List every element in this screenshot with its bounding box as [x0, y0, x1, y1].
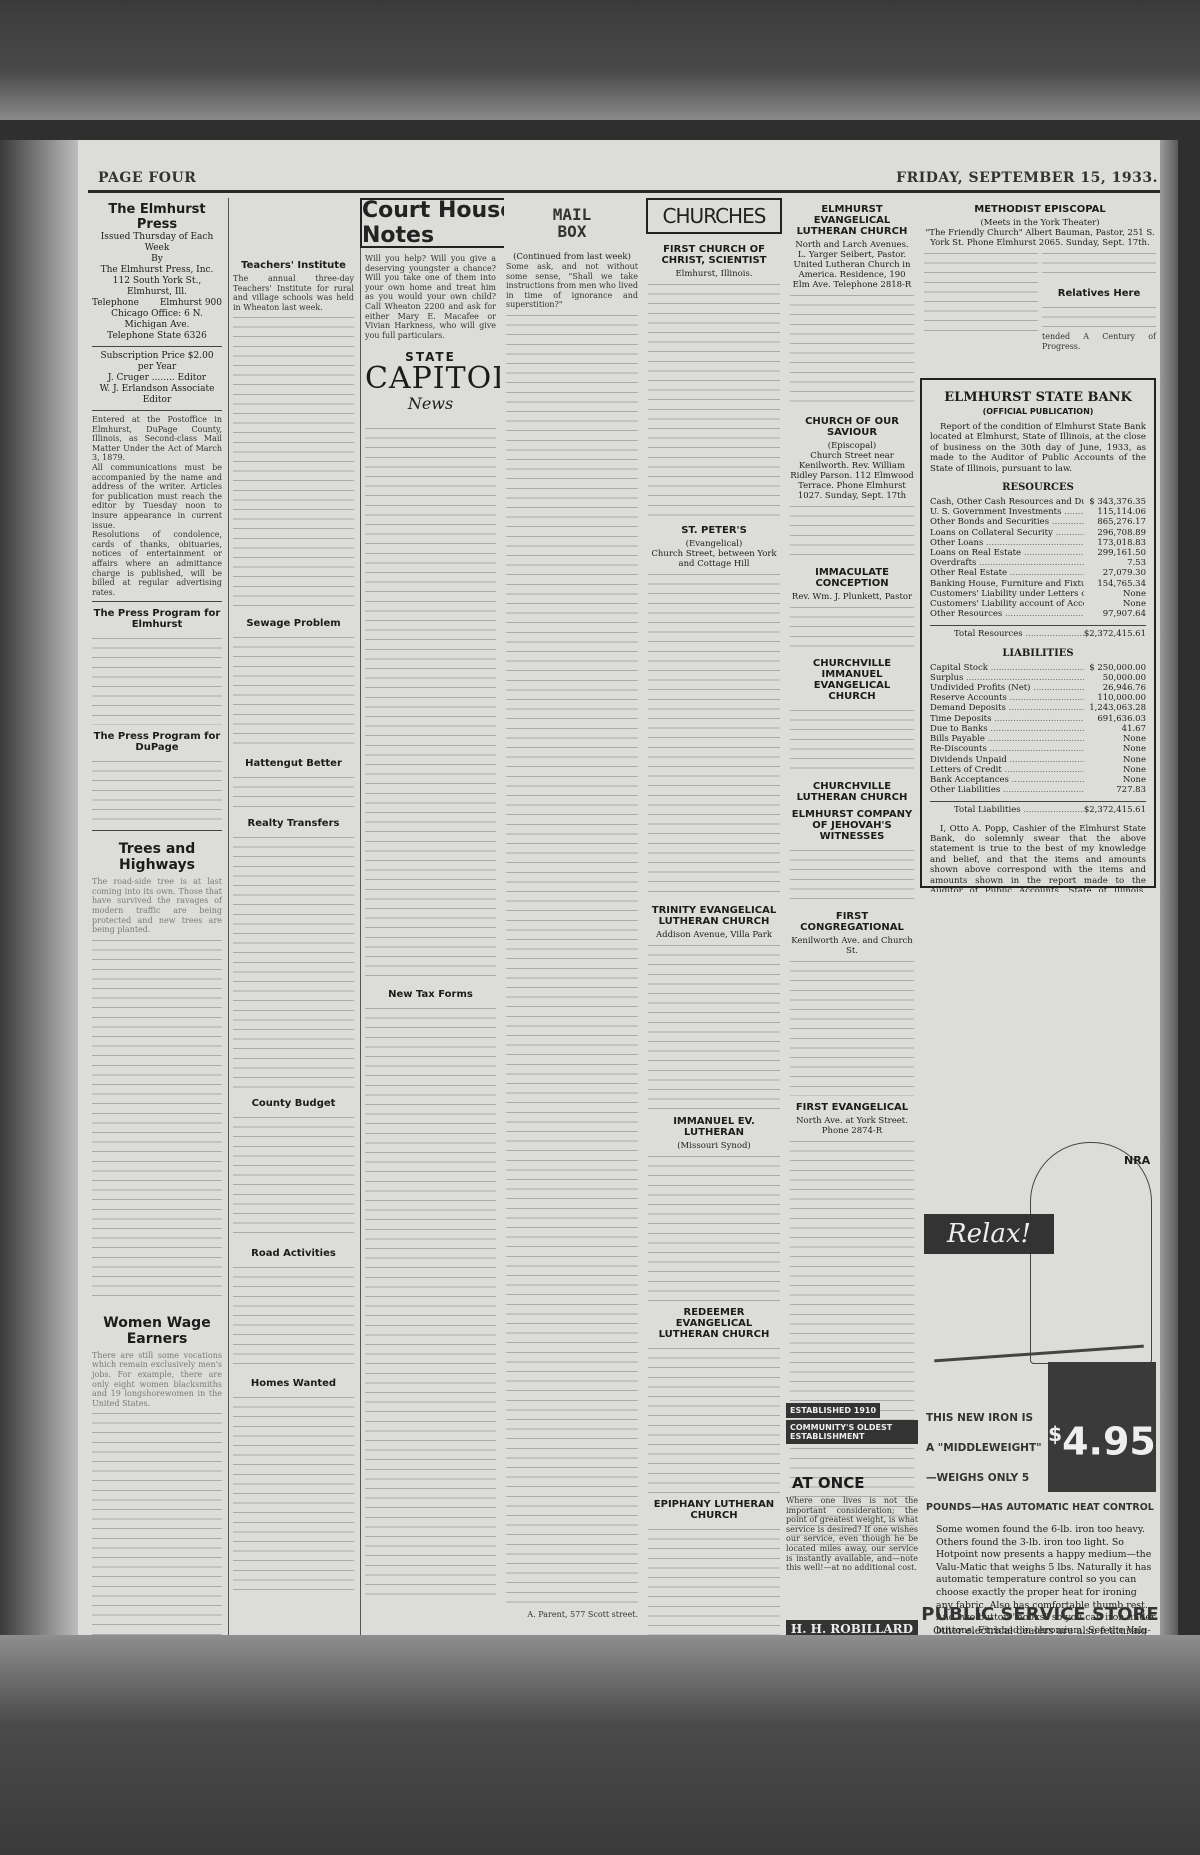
church-detail: North and Larch Avenues. L. Yarger Seibe… [790, 240, 914, 290]
church-text [648, 940, 780, 1110]
church-first-congregational: FIRST CONGREGATIONAL [790, 911, 914, 933]
ledger-value: None [1084, 589, 1146, 599]
masthead-telephone: TelephoneElmhurst 900 [92, 298, 222, 309]
women-wage-earners-body [92, 1408, 222, 1655]
price-tag: $4.95 [1048, 1407, 1156, 1462]
church-text [790, 956, 914, 1096]
relatives-closing: tended A Century of Progress. [1042, 332, 1156, 351]
teachers-institute-heading: Teachers' Institute [233, 260, 354, 271]
ledger-row: Other Liabilities727.83 [930, 785, 1146, 795]
issue-date: FRIDAY, SEPTEMBER 15, 1933. [896, 170, 1158, 186]
realty-transfers-heading: Realty Transfers [233, 818, 354, 829]
church-detail: Elmhurst, Illinois. [648, 269, 780, 279]
nra-eagle-icon: NRA [1124, 1154, 1150, 1167]
capitol-news-body-2 [365, 1003, 496, 1603]
mail-box-title-1: MAIL [553, 206, 592, 223]
ledger-label: Bank Acceptances [930, 775, 1084, 785]
ledger-label: Reserve Accounts [930, 693, 1084, 703]
ledger-label: Other Resources [930, 609, 1084, 619]
ledger-value: 50,000.00 [1084, 673, 1146, 683]
ledger-label: Banking House, Furniture and Fixtures [930, 579, 1084, 589]
ledger-value: 154,765.34 [1084, 579, 1146, 589]
scan-edge-shadow [0, 140, 78, 1665]
capitol-news-body [365, 423, 496, 983]
capitol-word: CAPITOL [365, 364, 496, 394]
price-symbol: $ [1048, 1422, 1062, 1446]
total-liabilities-row: Total Liabilities$2,372,415.61 [930, 801, 1146, 815]
trees-highways-lede: The road-side tree is at last coming int… [92, 877, 222, 935]
church-churchville-lutheran: CHURCHVILLE LUTHERAN CHURCH [790, 781, 914, 803]
church-sub: (Evangelical) [648, 539, 780, 549]
hattengut-heading: Hattengut Better [233, 758, 354, 769]
ledger-value: 1,243,063.28 [1084, 703, 1146, 713]
ledger-value: 115,114.06 [1084, 507, 1146, 517]
ledger-label: Other Real Estate [930, 568, 1084, 578]
ledger-row: Overdrafts7.53 [930, 558, 1146, 568]
mail-box-banner: MAIL BOX [504, 198, 640, 248]
church-sub: (Meets in the York Theater) [924, 218, 1156, 228]
newspaper-page: PAGE FOUR FRIDAY, SEPTEMBER 15, 1933. Th… [78, 140, 1178, 1665]
women-wage-earners-heading: Women Wage Earners [92, 1315, 222, 1347]
teachers-institute-body [233, 312, 354, 612]
resources-table: Cash, Other Cash Resources and Due from … [930, 497, 1146, 619]
liabilities-heading: LIABILITIES [930, 648, 1146, 659]
ledger-row: Dividends UnpaidNone [930, 755, 1146, 765]
ledger-label: Loans on Real Estate [930, 548, 1084, 558]
relax-banner: Relax! [924, 1214, 1054, 1254]
road-activities-heading: Road Activities [233, 1248, 354, 1259]
ledger-value: 41.67 [1084, 724, 1146, 734]
homes-wanted-heading: Homes Wanted [233, 1378, 354, 1389]
church-our-saviour: CHURCH OF OUR SAVIOUR [790, 416, 914, 438]
ledger-row: Bills PayableNone [930, 734, 1146, 744]
trees-highways-body [92, 935, 222, 1305]
church-first-evangelical: FIRST EVANGELICAL [790, 1102, 914, 1113]
ad-line-3: —WEIGHS ONLY 5 [926, 1472, 1029, 1484]
ledger-row: Other Bonds and Securities865,276.17 [930, 517, 1146, 527]
sewage-problem-heading: Sewage Problem [233, 618, 354, 629]
ledger-label: Re-Discounts [930, 744, 1084, 754]
court-house-column-2: Will you help? Will you give a deserving… [360, 198, 500, 1655]
scan-background-top [0, 0, 1200, 120]
masthead-by: By [92, 254, 222, 265]
ledger-row: Due to Banks41.67 [930, 724, 1146, 734]
church-text [648, 1524, 780, 1644]
ledger-value: 97,907.64 [1084, 609, 1146, 619]
iron-advertisement: NRA Relax! THIS NEW IRON IS A "MIDDLEWEI… [920, 892, 1160, 1632]
communications-notice: All communications must be accompanied b… [92, 463, 222, 530]
ledger-label: U. S. Government Investments [930, 507, 1084, 517]
church-jehovahs-witnesses: ELMHURST COMPANY OF JEHOVAH'S WITNESSES [790, 809, 914, 842]
ledger-value: 7.53 [1084, 558, 1146, 568]
bank-intro: Report of the condition of Elmhurst Stat… [930, 422, 1146, 474]
women-wage-earners-lede: There are still some vocations which rem… [92, 1351, 222, 1409]
church-epiphany: EPIPHANY LUTHERAN CHURCH [648, 1499, 780, 1521]
chicago-office: Chicago Office: 6 N. Michigan Ave. [92, 309, 222, 331]
ledger-value: None [1084, 775, 1146, 785]
ledger-row: Reserve Accounts110,000.00 [930, 693, 1146, 703]
mail-box-continued: (Continued from last week) [506, 252, 638, 262]
relatives-here: Relatives Here tended A Century of Progr… [1042, 248, 1156, 351]
churches-column-1: FIRST CHURCH OF CHRIST, SCIENTIST Elmhur… [644, 198, 784, 1655]
chicago-phone: Telephone State 6326 [92, 331, 222, 342]
ledger-value: 173,018.83 [1084, 538, 1146, 548]
ledger-value: 299,161.50 [1084, 548, 1146, 558]
total-value: $2,372,415.61 [1084, 629, 1146, 639]
church-text [790, 501, 914, 561]
ledger-row: Loans on Collateral Security296,708.89 [930, 528, 1146, 538]
ledger-row: Customers' Liability account of Acceptan… [930, 599, 1146, 609]
associate-editor-line: W. J. Erlandson Associate Editor [92, 384, 222, 406]
established-tag: ESTABLISHED 1910 [786, 1403, 880, 1418]
oldest-establishment-tag: COMMUNITY'S OLDEST ESTABLISHMENT [786, 1420, 918, 1444]
telephone-label: Telephone [92, 298, 139, 309]
sewage-problem-body [233, 632, 354, 752]
ledger-value: None [1084, 599, 1146, 609]
ledger-value: 865,276.17 [1084, 517, 1146, 527]
bank-name: ELMHURST STATE BANK [930, 390, 1146, 405]
public-service-store: PUBLIC SERVICE STORE [920, 1604, 1160, 1625]
postal-notice: Entered at the Postoffice in Elmhurst, D… [92, 415, 222, 463]
ledger-value: 296,708.89 [1084, 528, 1146, 538]
ledger-label: Other Bonds and Securities [930, 517, 1084, 527]
ledger-label: Surplus [930, 673, 1084, 683]
mail-box-title-2: BOX [558, 223, 587, 240]
help-appeal: Will you help? Will you give a deserving… [365, 254, 496, 340]
ledger-label: Capital Stock [930, 663, 1084, 673]
church-detail: North Ave. at York Street. Phone 2874-R [790, 1116, 914, 1136]
ledger-row: Loans on Real Estate299,161.50 [930, 548, 1146, 558]
church-churchville-immanuel: CHURCHVILLE IMMANUEL EVANGELICAL CHURCH [790, 658, 914, 702]
ledger-row: Surplus50,000.00 [930, 673, 1146, 683]
relatives-here-heading: Relatives Here [1042, 288, 1156, 299]
mail-box-body [506, 310, 638, 1610]
ad-line-2: A "MIDDLEWEIGHT" [926, 1442, 1042, 1454]
price-value: 4.95 [1062, 1420, 1156, 1464]
church-detail: Church Street, between York and Cottage … [648, 549, 780, 569]
ledger-label: Bills Payable [930, 734, 1084, 744]
church-detail: Kenilworth Ave. and Church St. [790, 936, 914, 956]
resources-heading: RESOURCES [930, 482, 1146, 493]
total-value: $2,372,415.61 [1084, 805, 1146, 815]
ledger-value: 27,079.30 [1084, 568, 1146, 578]
ledger-label: Demand Deposits [930, 703, 1084, 713]
ledger-row: U. S. Government Investments115,114.06 [930, 507, 1146, 517]
official-publication: (OFFICIAL PUBLICATION) [930, 407, 1146, 416]
ledger-row: Other Resources97,907.64 [930, 609, 1146, 619]
ledger-row: Other Real Estate27,079.30 [930, 568, 1146, 578]
ledger-row: Cash, Other Cash Resources and Due from … [930, 497, 1146, 507]
church-detail: Rev. Wm. J. Plunkett, Pastor [790, 592, 914, 602]
church-detail: Addison Avenue, Villa Park [648, 930, 780, 940]
church-st-peters: ST. PETER'S [648, 525, 780, 536]
mail-box-column: (Continued from last week) Some ask, and… [502, 198, 642, 1655]
editor-line: J. Cruger ........ Editor [92, 373, 222, 384]
trees-highways-heading: Trees and Highways [92, 841, 222, 873]
ledger-value: $ 343,376.35 [1084, 497, 1146, 507]
editorial-column: The Elmhurst Press Issued Thursday of Ea… [88, 198, 226, 1655]
ledger-value: $ 250,000.00 [1084, 663, 1146, 673]
church-text [648, 1343, 780, 1493]
county-budget-heading: County Budget [233, 1098, 354, 1109]
court-house-column-1: Teachers' Institute The annual three-day… [228, 198, 358, 1655]
total-label: Total Resources [930, 629, 1084, 639]
ledger-value: None [1084, 755, 1146, 765]
church-redeemer: REDEEMER EVANGELICAL LUTHERAN CHURCH [648, 1307, 780, 1340]
masthead-address: 112 South York St., Elmhurst, Ill. [92, 276, 222, 298]
press-program-elmhurst-body [92, 633, 222, 725]
church-detail: "The Friendly Church" Albert Bauman, Pas… [924, 228, 1156, 248]
subscription-price: Subscription Price $2.00 per Year [92, 351, 222, 373]
press-program-dupage-body [92, 756, 222, 826]
ad-line-4: POUNDS—HAS AUTOMATIC HEAT CONTROL [926, 1502, 1154, 1513]
top-rule [88, 190, 1168, 193]
ledger-label: Customers' Liability account of Acceptan… [930, 599, 1084, 609]
ledger-value: 691,636.03 [1084, 714, 1146, 724]
mail-box-signature: A. Parent, 577 Scott street. [506, 1610, 638, 1620]
ledger-value: 727.83 [1084, 785, 1146, 795]
ledger-label: Overdrafts [930, 558, 1084, 568]
ledger-row: Re-DiscountsNone [930, 744, 1146, 754]
press-program-dupage-heading: The Press Program for DuPage [92, 731, 222, 753]
masthead-issued: Issued Thursday of Each Week [92, 232, 222, 254]
page-number: PAGE FOUR [98, 170, 196, 186]
ledger-row: Time Deposits691,636.03 [930, 714, 1146, 724]
ledger-label: Loans on Collateral Security [930, 528, 1084, 538]
church-text [790, 705, 914, 775]
scan-background-bottom [0, 1635, 1200, 1855]
church-text [790, 845, 914, 905]
church-text [648, 279, 780, 519]
capitol-news: News [365, 394, 496, 413]
relatives-text [1042, 302, 1156, 332]
state-capitol-news-logo: STATE CAPITOL News [365, 350, 496, 413]
ledger-label: Time Deposits [930, 714, 1084, 724]
church-trinity: TRINITY EVANGELICAL LUTHERAN CHURCH [648, 905, 780, 927]
realty-transfers-body [233, 832, 354, 1092]
church-immanuel: IMMANUEL EV. LUTHERAN [648, 1116, 780, 1138]
church-methodist-episcopal: METHODIST EPISCOPAL [924, 204, 1156, 215]
church-text [648, 1151, 780, 1301]
homes-wanted-body [233, 1392, 354, 1592]
ledger-row: Undivided Profits (Net)26,946.76 [930, 683, 1146, 693]
ledger-row: Banking House, Furniture and Fixtures154… [930, 579, 1146, 589]
total-resources-row: Total Resources$2,372,415.61 [930, 625, 1146, 639]
ledger-label: Cash, Other Cash Resources and Due from … [930, 497, 1084, 507]
ledger-row: Bank AcceptancesNone [930, 775, 1146, 785]
undertaker-ad: ESTABLISHED 1910 COMMUNITY'S OLDEST ESTA… [786, 1398, 918, 1573]
church-detail: Church Street near Kenilworth. Rev. Will… [790, 451, 914, 501]
total-label: Total Liabilities [930, 805, 1084, 815]
county-budget-body [233, 1112, 354, 1242]
ledger-row: Capital Stock$ 250,000.00 [930, 663, 1146, 673]
church-elmhurst-evangelical-lutheran: ELMHURST EVANGELICAL LUTHERAN CHURCH [790, 204, 914, 237]
masthead-publisher: The Elmhurst Press, Inc. [92, 265, 222, 276]
ledger-label: Letters of Credit [930, 765, 1084, 775]
billing-notice: Resolutions of condolence, cards of than… [92, 530, 222, 597]
ledger-label: Due to Banks [930, 724, 1084, 734]
teachers-institute-lede: The annual three-day Teachers' Institute… [233, 274, 354, 312]
ledger-label: Undivided Profits (Net) [930, 683, 1084, 693]
church-christ-scientist: FIRST CHURCH OF CHRIST, SCIENTIST [648, 244, 780, 266]
ledger-label: Other Liabilities [930, 785, 1084, 795]
ledger-label: Other Loans [930, 538, 1084, 548]
ledger-row: Other Loans173,018.83 [930, 538, 1146, 548]
ledger-row: Demand Deposits1,243,063.28 [930, 703, 1146, 713]
ledger-row: Letters of CreditNone [930, 765, 1146, 775]
road-activities-body [233, 1262, 354, 1372]
masthead-title: The Elmhurst Press [92, 202, 222, 232]
mail-box-lede: Some ask, and not without some sense, "S… [506, 262, 638, 310]
ledger-label: Customers' Liability under Letters of Cr… [930, 589, 1084, 599]
church-text [1042, 248, 1156, 282]
church-immaculate-conception: IMMACULATE CONCEPTION [790, 567, 914, 589]
church-text [924, 248, 1038, 338]
ad-line-1: THIS NEW IRON IS [926, 1412, 1033, 1424]
ledger-value: 26,946.76 [1084, 683, 1146, 693]
liabilities-table: Capital Stock$ 250,000.00Surplus50,000.0… [930, 663, 1146, 796]
church-text [790, 290, 914, 410]
church-sub: (Missouri Synod) [648, 1141, 780, 1151]
press-program-elmhurst-heading: The Press Program for Elmhurst [92, 608, 222, 630]
ledger-label: Dividends Unpaid [930, 755, 1084, 765]
church-text [790, 602, 914, 652]
ledger-row: Customers' Liability under Letters of Cr… [930, 589, 1146, 599]
church-sub: (Episcopal) [790, 441, 914, 451]
telephone-value: Elmhurst 900 [160, 298, 222, 309]
church-text [648, 569, 780, 899]
new-tax-forms-heading: New Tax Forms [365, 989, 496, 1000]
hattengut-body [233, 772, 354, 812]
ledger-value: 110,000.00 [1084, 693, 1146, 703]
churches-banner: CHURCHES [646, 198, 782, 234]
bank-statement: ELMHURST STATE BANK (OFFICIAL PUBLICATIO… [920, 378, 1156, 888]
undertaker-headline: AT ONCE [792, 1474, 918, 1492]
ledger-value: None [1084, 734, 1146, 744]
ledger-value: None [1084, 765, 1146, 775]
ledger-value: None [1084, 744, 1146, 754]
undertaker-body: Where one lives is not the important con… [786, 1496, 918, 1573]
